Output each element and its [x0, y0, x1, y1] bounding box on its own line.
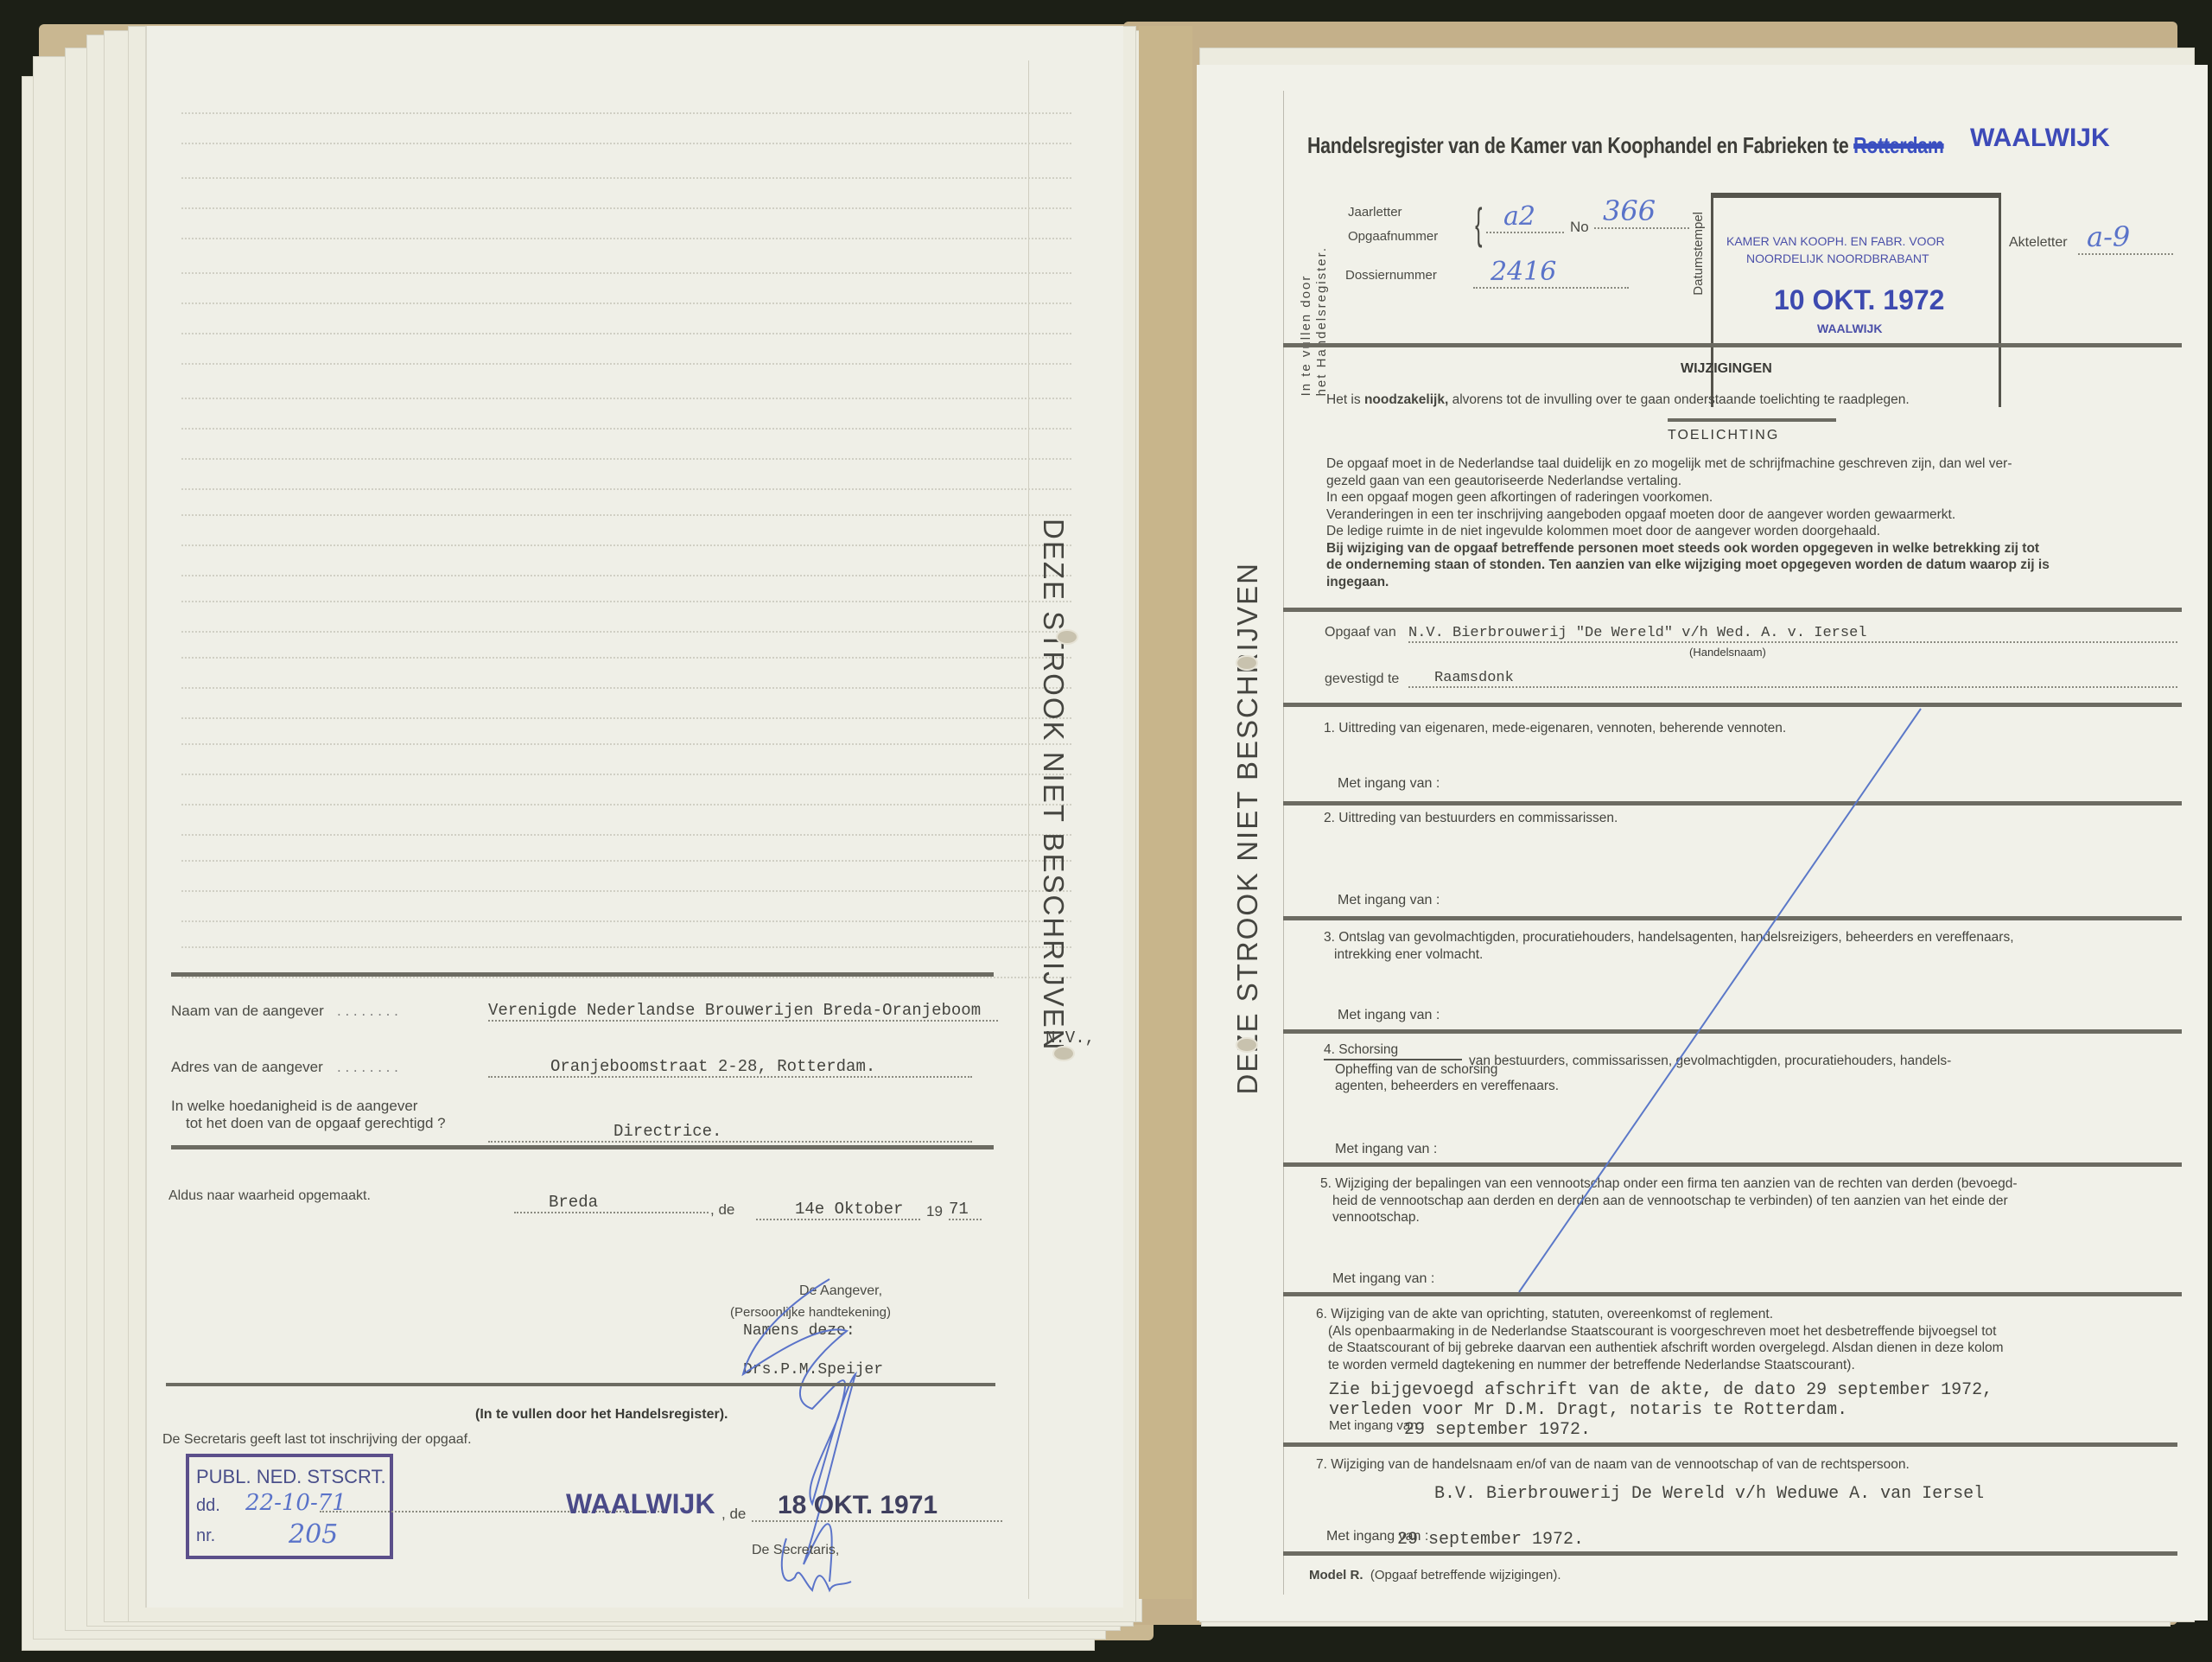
divider-rule	[1283, 801, 2182, 806]
secretaris-instruction: De Secretaris geeft last tot inschrijvin…	[162, 1432, 472, 1448]
year-field[interactable]: 71	[949, 1200, 982, 1220]
stamp-date: 10 OKT. 1972	[1774, 284, 1944, 316]
brace-icon: {	[1475, 199, 1482, 249]
date-field[interactable]: 14e Oktober	[756, 1200, 920, 1220]
ghost-rule	[181, 946, 1071, 948]
ghost-rule	[181, 302, 1071, 304]
ghost-rule	[181, 575, 1071, 576]
de-label-2: , de	[721, 1506, 746, 1523]
ghost-rule	[181, 631, 1071, 633]
divider-rule	[1283, 343, 2182, 347]
akteletter-label: Akteletter	[2009, 235, 2068, 251]
year-prefix: 19	[926, 1203, 943, 1220]
gevestigd-field[interactable]: Raamsdonk	[1408, 670, 2177, 688]
ghost-rule	[181, 514, 1071, 516]
ghost-rule	[181, 601, 1071, 602]
ghost-rule	[181, 774, 1071, 775]
strip-border	[1028, 60, 1029, 1599]
naam-field[interactable]: Verenigde Nederlandse Brouwerijen Breda-…	[488, 1001, 998, 1022]
divider-rule	[1283, 703, 2182, 707]
schorsing-rule	[1324, 1059, 1462, 1060]
handelsregister-note: (In te vullen door het Handelsregister).	[475, 1407, 728, 1423]
divider-rule	[1283, 1292, 2182, 1296]
opgaaf-field[interactable]: N.V. Bierbrouwerij "De Wereld" v/h Wed. …	[1408, 625, 2177, 643]
no-label: No	[1570, 219, 1589, 236]
left-document-page: Naam van de aangever . . . . . . . . Ver…	[147, 26, 1123, 1608]
dd-label: dd.	[196, 1496, 220, 1516]
ghost-rule	[181, 238, 1071, 239]
folder-spine	[1139, 26, 1192, 1599]
ghost-rule	[181, 458, 1071, 460]
ghost-rule	[181, 920, 1071, 922]
secretaris-signature	[769, 1530, 864, 1599]
nr-label: nr.	[196, 1526, 215, 1546]
jaarletter-field[interactable]: a2	[1486, 201, 1564, 233]
ghost-rule	[181, 398, 1071, 399]
section-1: 1. Uittreding van eigenaren, mede-eigena…	[1324, 720, 1786, 737]
section-4-cont: agenten, beheerders en vereffenaars.	[1335, 1078, 1559, 1095]
dossier-label: Dossiernummer	[1345, 268, 1437, 283]
section-7: 7. Wijziging van de handelsnaam en/of va…	[1316, 1456, 1910, 1474]
met-ingang-label: Met ingang van :	[1332, 1270, 1434, 1288]
adres-field[interactable]: Oranjeboomstraat 2-28, Rotterdam.	[488, 1057, 972, 1078]
ghost-rule	[181, 428, 1071, 430]
ghost-rule	[181, 177, 1071, 179]
intro-text: Het is noodzakelijk, alvorens tot de inv…	[1326, 392, 1910, 409]
ghost-rule	[181, 834, 1071, 836]
ghost-rule	[181, 860, 1071, 862]
ghost-rule	[181, 333, 1071, 334]
city-stamp: WAALWIJK	[566, 1488, 715, 1520]
section-5: 5. Wijziging der bepalingen van een venn…	[1320, 1175, 2184, 1226]
toelichting-text: De opgaaf moet in de Nederlandse taal du…	[1326, 455, 2182, 590]
met-ingang-label: Met ingang van :	[1338, 892, 1440, 909]
no-field[interactable]: 366	[1594, 194, 1689, 229]
divider-rule	[1283, 1551, 2177, 1556]
ghost-rule	[181, 890, 1071, 892]
divider-rule	[1283, 1442, 2177, 1447]
model-footer: Model R. (Opgaaf betreffende wijzigingen…	[1309, 1567, 1561, 1584]
divider-rule	[1283, 608, 2182, 612]
handelsnaam-label: (Handelsnaam)	[1689, 646, 1766, 659]
date-stamp: 18 OKT. 1971	[752, 1491, 1002, 1522]
leader-dots: . . . . . . . .	[337, 1003, 398, 1020]
punch-hole	[1236, 1037, 1258, 1053]
met-ingang-label: Met ingang van :	[1338, 775, 1440, 793]
ghost-rule	[181, 363, 1071, 365]
section-heading: WIJZIGINGEN	[1681, 361, 1772, 377]
struck-city: Rotterdam	[1853, 132, 1943, 158]
leader-dots: . . . . . . . .	[337, 1059, 398, 1076]
nr-value: 205	[289, 1519, 338, 1550]
short-rule	[1668, 418, 1836, 422]
divider-rule	[1283, 1029, 2182, 1034]
opgaaf-label: Opgaaf van	[1325, 625, 1396, 640]
aldus-label: Aldus naar waarheid opgemaakt.	[168, 1188, 371, 1204]
punch-hole	[1236, 655, 1258, 671]
stamp-city: WAALWIJK	[1817, 322, 1882, 335]
divider-rule	[1283, 1162, 2182, 1167]
ghost-rule	[181, 743, 1071, 745]
punch-hole	[1056, 629, 1078, 645]
divider-rule	[171, 972, 994, 977]
publ-stamp-title: PUBL. NED. STSCRT.	[196, 1466, 386, 1488]
ghost-rule	[181, 804, 1071, 806]
register-title: Handelsregister van de Kamer van Koophan…	[1307, 132, 1944, 159]
hoedanigheid-label-2: tot het doen van de opgaaf gerechtigd ?	[186, 1115, 446, 1132]
akteletter-field[interactable]: a-9	[2078, 220, 2173, 255]
gevestigd-label: gevestigd te	[1325, 672, 1399, 687]
ghost-rule	[181, 717, 1071, 719]
title-city-stamp: WAALWIJK	[1970, 124, 2110, 153]
ghost-rule	[181, 143, 1071, 144]
stamp-line-1: KAMER VAN KOOPH. EN FABR. VOOR	[1726, 234, 1945, 248]
met-ingang-label: Met ingang van :	[1338, 1007, 1440, 1024]
section-6-ingang-value: 29 september 1972.	[1404, 1420, 1591, 1440]
side-label: In te vullen doorhet Handelsregister.	[1299, 246, 1330, 396]
section-7-typed: B.V. Bierbrouwerij De Wereld v/h Weduwe …	[1434, 1484, 1984, 1504]
strip-border	[1283, 91, 1284, 1595]
strip-warning-right: DEZE STROOK NIET BESCHRIJVEN	[1231, 562, 1264, 1094]
place-field[interactable]: Breda	[514, 1193, 709, 1213]
strip-warning-left: DEZE STROOK NIET BESCHRIJVEN	[1037, 519, 1070, 1051]
divider-rule	[166, 1383, 995, 1386]
section-6-typed: Zie bijgevoegd afschrift van de akte, de…	[1329, 1380, 1993, 1420]
jaarletter-label: Jaarletter	[1348, 205, 1402, 220]
opgaafnummer-label: Opgaafnummer	[1348, 229, 1438, 244]
de-label: , de	[710, 1201, 734, 1219]
naam-label: Naam van de aangever	[171, 1003, 324, 1020]
datumstempel-label: Datumstempel	[1691, 212, 1706, 296]
dossier-field[interactable]: 2416	[1473, 257, 1629, 289]
ghost-rule	[181, 488, 1071, 490]
right-document-page: DEZE STROOK NIET BESCHRIJVEN Handelsregi…	[1197, 65, 2208, 1621]
ghost-rule	[181, 207, 1071, 209]
section-2: 2. Uittreding van bestuurders en commiss…	[1324, 810, 1618, 827]
publ-stamp-box: PUBL. NED. STSCRT. dd. 22-10-71 nr. 205	[186, 1454, 393, 1559]
hoedanigheid-field[interactable]: Directrice.	[488, 1122, 972, 1143]
ghost-rule	[181, 687, 1071, 689]
section-4-side: van bestuurders, commissarissen, gevolma…	[1469, 1053, 1951, 1070]
divider-rule	[171, 1145, 994, 1149]
ghost-rule	[181, 544, 1071, 546]
section-4-schorsing: 4. Schorsing	[1324, 1041, 1398, 1059]
adres-label: Adres van de aangever	[171, 1059, 323, 1076]
ghost-rule	[181, 657, 1071, 659]
ghost-rule	[181, 112, 1071, 114]
section-7-ingang-value: 29 september 1972.	[1397, 1530, 1584, 1550]
divider-rule	[1283, 916, 2182, 920]
punch-hole	[1052, 1046, 1075, 1061]
section-3: 3. Ontslag van gevolmachtigden, procurat…	[1324, 929, 2188, 963]
stamp-line-2: NOORDELIJK NOORDBRABANT	[1746, 252, 1929, 265]
ghost-rule	[181, 977, 1071, 978]
ghost-rule	[181, 272, 1071, 274]
hoedanigheid-label-1: In welke hoedanigheid is de aangever	[171, 1098, 417, 1115]
met-ingang-label: Met ingang van :	[1335, 1141, 1437, 1158]
section-6: 6. Wijziging van de akte van oprichting,…	[1316, 1306, 2180, 1373]
toelichting-heading: TOELICHTING	[1668, 428, 1779, 443]
